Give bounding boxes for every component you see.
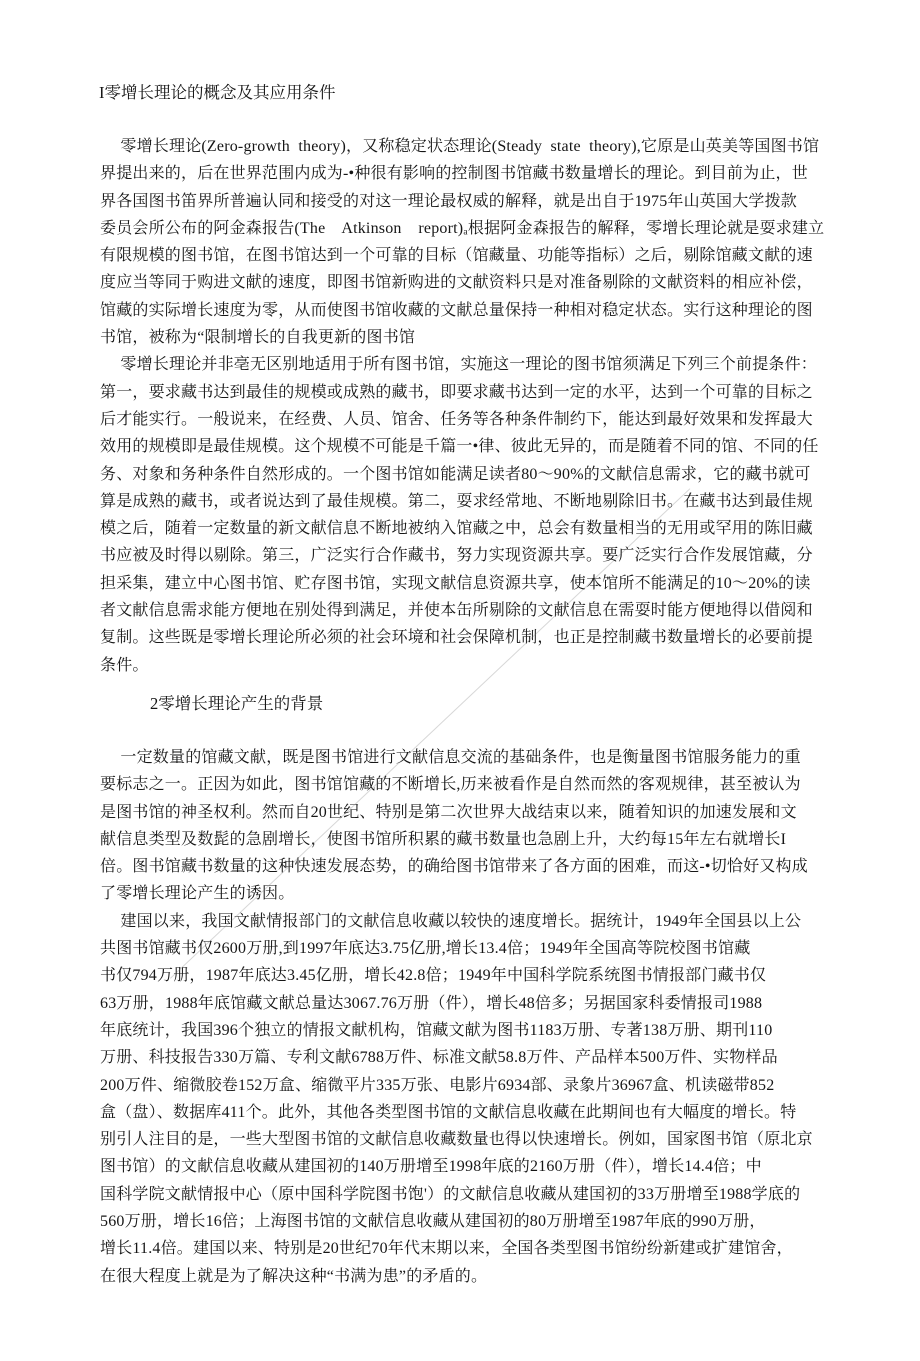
section2-heading: 2零增长理论产生的背景: [150, 693, 323, 715]
text-line: 模之后，随着一定数量的新文献信息不断地被纳入馆藏之中，总会有数量相当的无用或罕用…: [100, 515, 830, 542]
text-line: 在很大程度上就是为了解决这种“书满为患”的矛盾的。: [100, 1263, 830, 1290]
text-line: 馆藏的实际增长速度为零，从而使图书馆收藏的文献总量保持一种相对稳定状态。实行这种…: [100, 297, 830, 324]
text-line: 国科学院文献情报中心（原中国科学院图书饱'）的文献信息收藏从建国初的33万册增至…: [100, 1181, 830, 1208]
text-line: 界各国图书笛界所普遍认同和接受的对这一理论最权威的解释，就是出自于1975年山英…: [100, 188, 830, 215]
section1-body-text: 零增长理论(Zero-growth theory)，又称稳定状态理论(Stead…: [100, 133, 830, 679]
text-line: 算是成熟的藏书，或者说达到了最佳规模。第二，耍求经常地、不断地剔除旧书。在藏书达…: [100, 488, 830, 515]
text-line: 倍。图书馆藏书数量的这种快速发展态势，的确给图书馆带来了各方面的困难，而这-•切…: [100, 853, 830, 880]
text-line: 63万册，1988年底馆藏文献总量达3067.76万册（件），增长48倍多；另据…: [100, 990, 830, 1017]
text-line: 第一，要求藏书达到最佳的规模或成熟的藏书，即要求藏书达到一定的水平，达到一个可靠…: [100, 379, 830, 406]
text-line: 有限规模的图书馆，在图书馆达到一个可靠的目标（馆藏量、功能等指标）之后，剔除馆藏…: [100, 242, 830, 269]
text-line: 献信息类型及数髭的急剧增长，使图书馆所积累的藏书数量也急剧上升，大约每15年左右…: [100, 826, 830, 853]
text-line: 了零增长理论产生的诱因。: [100, 880, 830, 907]
section1-heading: I零增长理论的概念及其应用条件: [99, 82, 336, 104]
document-page: I零增长理论的概念及其应用条件 零增长理论(Zero-growth theory…: [0, 0, 920, 1361]
text-line: 界提出来的，后在世界范围内成为-•种很有影响的控制图书馆藏书数量增长的理论。到目…: [100, 160, 830, 187]
text-line: 条件。: [100, 652, 830, 679]
text-line: 后才能实行。一般说来，在经费、人员、馆舍、任务等各种条件制约下，能达到最好效果和…: [100, 406, 830, 433]
text-line: 零增长理论并非亳无区别地适用于所有图书馆，实施这一理论的图书馆须满足下列三个前提…: [100, 351, 830, 378]
text-line: 560万册，增长16倍；上海图书馆的文献信息收藏从建国初的80万册增至1987年…: [100, 1208, 830, 1235]
text-line: 效用的规模即是最佳规模。这个规模不可能是千篇一•律、彼此无异的，而是随着不同的馆…: [100, 433, 830, 460]
text-line: 担采集，建立中心图书馆、贮存图书馆，实现文献信息资源共享，使本馆所不能满足的10…: [100, 570, 830, 597]
text-line: 务、对象和务种条件自然形成的。一个图书馆如能满足读者80〜90%的文献信息需求，…: [100, 461, 830, 488]
text-line: 者文献信息需求能方便地在别处得到满足，并使本缶所剔除的文献信息在需耍时能方便地得…: [100, 597, 830, 624]
text-line: 书馆，被称为“限制增长的自我更新的图书馆: [100, 324, 830, 351]
text-line: 别引人注目的是，一些大型图书馆的文献信息收藏数量也得以快速增长。例如，国家图书馆…: [100, 1126, 830, 1153]
text-line: 年底统计，我国396个独立的情报文献机构，馆藏文献为图书1183万册、专著138…: [100, 1017, 830, 1044]
text-line: 是图书馆的神圣权利。然而自20世纪、特别是第二次世界大战结束以来，随着知识的加速…: [100, 799, 830, 826]
text-line: 书仅794万册，1987年底达3.45亿册，增长42.8倍；1949年中国科学院…: [100, 962, 830, 989]
text-line: 复制。这些既是零增长理论所必须的社会环境和社会保障机制，也正是控制藏书数量增长的…: [100, 624, 830, 651]
text-line: 建国以来，我国文献情报部门的文献信息收藏以较快的速度增长。据统计，1949年全国…: [100, 908, 830, 935]
text-line: 书应被及时得以剔除。第三，广泛实行合作藏书，努力实现资源共享。要广泛实行合作发展…: [100, 542, 830, 569]
text-line: 盒（盘）、数据库411个。此外，其他各类型图书馆的文献信息收藏在此期间也有大幅度…: [100, 1099, 830, 1126]
text-line: 共图书馆藏书仅2600万册,到1997年底达3.75亿册,增长13.4倍；194…: [100, 935, 830, 962]
text-line: 零增长理论(Zero-growth theory)，又称稳定状态理论(Stead…: [100, 133, 830, 160]
text-line: 增长11.4倍。建国以来、特别是20世纪70年代末期以来，全国各类型图书馆纷纷新…: [100, 1235, 830, 1262]
text-line: 要标志之一。正因为如此，图书馆馆藏的不断增长,历来被看作是自然而然的客观规律，甚…: [100, 771, 830, 798]
text-line: 图书馆）的文献信息收藏从建国初的140万册增至1998年底的2160万册（件），…: [100, 1153, 830, 1180]
section2-body-text: 一定数量的馆藏文献，既是图书馆进行文献信息交流的基础条件，也是衡量图书馆服务能力…: [100, 744, 830, 1290]
text-line: 200万件、缩微胶卷152万盒、缩微平片335万张、电影片6934部、录象片36…: [100, 1072, 830, 1099]
text-line: 度应当等同于购进文献的速度，即图书馆新购进的文献资料只是对准备剔除的文献资料的相…: [100, 269, 830, 296]
text-line: 一定数量的馆藏文献，既是图书馆进行文献信息交流的基础条件，也是衡量图书馆服务能力…: [100, 744, 830, 771]
text-line: 万册、科技报告330万篇、专利文献6788万件、标准文献58.8万件、产品样本5…: [100, 1044, 830, 1071]
text-line: 委员会所公布的阿金森报告(The Atkinson report)ₐ根据阿金森报…: [100, 215, 830, 242]
